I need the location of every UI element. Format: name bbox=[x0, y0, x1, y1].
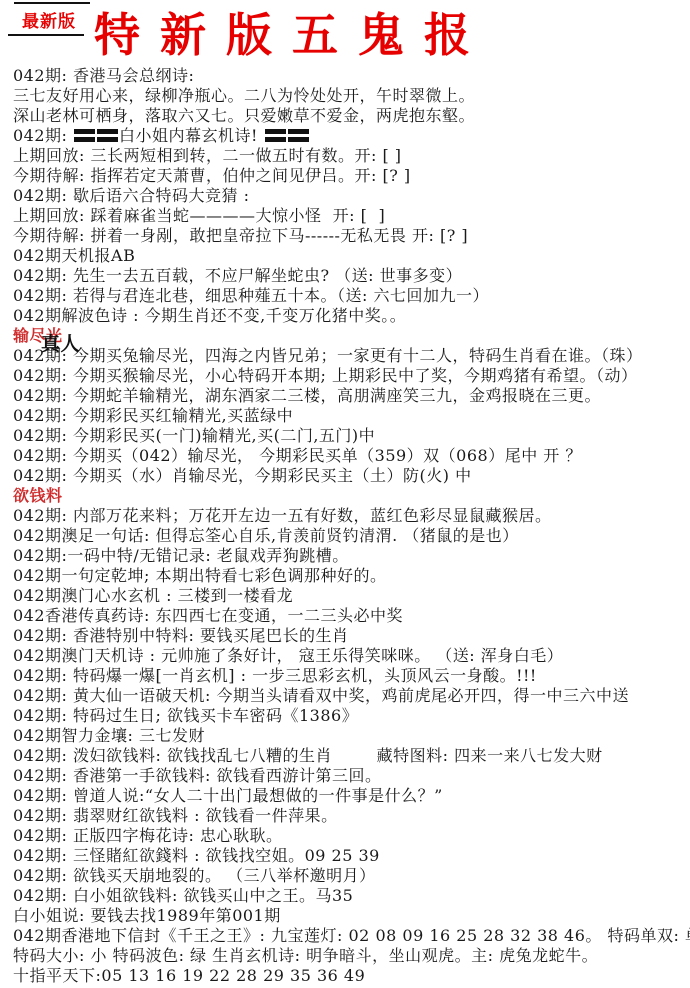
report-line: 042期澳门天机诗 : 元帅施了条好计， 寇王乐得笑咪咪。 （送: 浑身白毛） bbox=[13, 646, 688, 666]
report-line: 上期回放: 踩着麻雀当蛇————大惊小怪 开: [ ] bbox=[13, 206, 688, 226]
censor-bar-icon bbox=[265, 129, 286, 142]
report-line: 042期澳门心水玄机 : 三楼到一楼看龙 bbox=[13, 586, 688, 606]
report-line: 042期: 内部万花来料；万花开左边一五有好数，蓝红色彩尽显鼠藏猴居。 bbox=[13, 506, 688, 526]
report-line: 042期: 特码爆一爆[一肖玄机] : 一步三思彩玄机，头顶风云一身酸。!!! bbox=[13, 666, 688, 686]
content-lines: 042期: 香港马会总纲诗:三七友好用心来，绿柳净瓶心。二八为怜处处开，午时翠微… bbox=[13, 66, 688, 986]
report-line: 042期澳足一句话: 但得忘筌心自乐,肯羡前贤钓清渭. （猪鼠的是也） bbox=[13, 526, 688, 546]
report-line: 042期:一码中特/无错记录: 老鼠戏弄狗跳槽。 bbox=[13, 546, 688, 566]
insider-poem-label: 白小姐内幕玄机诗! bbox=[119, 126, 264, 145]
report-line: 十指平天下:05 13 16 19 22 28 29 35 36 49 bbox=[13, 966, 688, 986]
report-line: 042期: 白小姐欲钱料: 欲钱买山中之王。马35 bbox=[13, 886, 688, 906]
report-line: 今期待解: 拼着一身剐，敢把皇帝拉下马------无私无畏 开: [? ] bbox=[13, 226, 688, 246]
report-line: 042期: 今期买（水）肖输尽光，今期彩民买主（土）防(火) 中 bbox=[13, 466, 688, 486]
badge-bottom-rule bbox=[8, 34, 84, 36]
report-line: 三七友好用心来，绿柳净瓶心。二八为怜处处开，午时翠微上。 bbox=[13, 86, 688, 106]
report-line: 深山老林可栖身，落取六又七。只爱嫩草不爱金，两虎抱东壑。 bbox=[13, 106, 688, 126]
report-line: 今期待解: 指挥若定天萧曹，伯仲之间见伊吕。开: [? ] bbox=[13, 166, 688, 186]
report-line: 042期: 今期蛇羊输精光，湖东酒家二三楼，高朋满座笑三九，金鸡报晓在三更。 bbox=[13, 386, 688, 406]
report-line: 042期: 白小姐内幕玄机诗! bbox=[13, 126, 688, 146]
report-line: 042期: 曾道人说:“女人二十出门最想做的一件事是什么？” bbox=[13, 786, 688, 806]
censor-bar-icon bbox=[74, 129, 95, 142]
report-line: 042期天机报AB bbox=[13, 246, 688, 266]
report-line: 042期: 香港第一手欲钱料: 欲钱看西游计第三回。 bbox=[13, 766, 688, 786]
report-line: 042期: 若得与君连北巷，细思种薤五十本。（送: 六七回加九一） bbox=[13, 286, 688, 306]
report-line: 042期: 香港马会总纲诗: bbox=[13, 66, 688, 86]
censor-bar-icon bbox=[97, 129, 118, 142]
report-line: 042期: 香港特别中特料: 要钱买尾巴长的生肖 bbox=[13, 626, 688, 646]
report-line: 042香港传真药诗: 东四西七在变通，一二三头必中奖 bbox=[13, 606, 688, 626]
report-line: 042期: 正版四字梅花诗: 忠心耿耿。 bbox=[13, 826, 688, 846]
report-line: 042期: 特码过生日; 欲钱买卡车密码《1386》 bbox=[13, 706, 688, 726]
latest-edition-badge: 最新版 bbox=[22, 7, 76, 32]
report-line: 上期回放: 三长两短相到转，二一做五时有数。开: [ ] bbox=[13, 146, 688, 166]
report-line: 042期: 歇后语六合特码大竞猜 : bbox=[13, 186, 688, 206]
report-header: 最新版 特新版五鬼报 bbox=[0, 0, 690, 66]
page-title: 特新版五鬼报 bbox=[94, 10, 490, 61]
badge-top-rule bbox=[14, 2, 90, 4]
issue-prefix: 042期: bbox=[13, 126, 73, 145]
report-line: 042期: 今期买（042）输尽光， 今期彩民买单（359）双（068）尾中 开… bbox=[13, 446, 688, 466]
report-line: 042期解波色诗 : 今期生肖还不变,千变万化猪中奖。。 bbox=[13, 306, 688, 326]
report-line: 042期: 翡翠财红欲钱料 : 欲钱看一件萍果。 bbox=[13, 806, 688, 826]
section-header-line: 输尽光真人 bbox=[13, 326, 688, 346]
report-line: 白小姐说: 要钱去找1989年第001期 bbox=[13, 906, 688, 926]
report-line: 042期: 先生一去五百载，不应尸解坐蛇虫? （送: 世事多变） bbox=[13, 266, 688, 286]
report-line: 欲钱料 bbox=[13, 486, 688, 506]
report-line: 特码大小: 小 特码波色: 绿 生肖玄机诗: 明争暗斗，坐山观虎。主: 虎兔龙蛇… bbox=[13, 946, 688, 966]
report-line: 042期: 今期彩民买红输精光,买蓝绿中 bbox=[13, 406, 688, 426]
report-line: 042期: 泼妇欲钱料: 欲钱找乱七八糟的生肖 藏特图料: 四来一来八七发大财 bbox=[13, 746, 688, 766]
report-line: 042期: 今期买兔输尽光，四海之内皆兄弟；一家更有十二人，特码生肖看在谁。（珠… bbox=[13, 346, 688, 366]
report-line: 042期智力金壤: 三七发财 bbox=[13, 726, 688, 746]
overlay-text-zhenren: 真人 bbox=[41, 334, 80, 354]
censor-bar-icon bbox=[288, 129, 309, 142]
report-line: 042期: 今期彩民买(一门)输精光,买(二门,五门)中 bbox=[13, 426, 688, 446]
report-line: 042期香港地下信封《千王之王》: 九宝莲灯: 02 08 09 16 25 2… bbox=[13, 926, 688, 946]
report-line: 042期: 三怪賭紅欲錢料 : 欲钱找空姐。09 25 39 bbox=[13, 846, 688, 866]
report-line: 042期: 今期买猴输尽光，小心特码开本期; 上期彩民中了奖，今期鸡猪有希望。（… bbox=[13, 366, 688, 386]
report-line: 042期: 欲钱买天崩地裂的。 （三八举杯邀明月） bbox=[13, 866, 688, 886]
report-line: 042期一句定乾坤; 本期出特看七彩色调那种好的。 bbox=[13, 566, 688, 586]
report-line: 042期: 黄大仙一语破天机: 今期当头请看双中奖，鸡前虎尾必开四，得一中三六中… bbox=[13, 686, 688, 706]
